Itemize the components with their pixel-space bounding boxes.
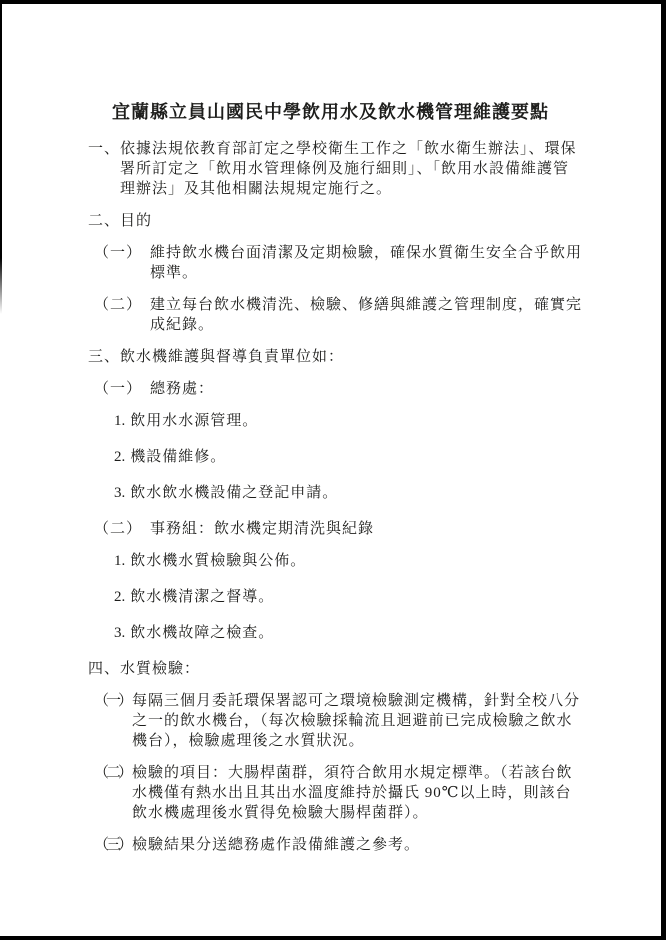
paragraph-marker: （二） — [94, 297, 142, 313]
paragraph-text: 水機僅有熱水出且其出水溫度維持於攝氏 90℃以上時，則該台 — [132, 785, 572, 801]
paragraph-line: 機台），檢驗處理後之水質狀況。 — [94, 731, 621, 751]
paragraph-text: 之一的飲水機台，（每次檢驗採輪流且迴避前已完成檢驗之飲水 — [132, 713, 573, 729]
paragraph-text: 依據法規依教育部訂定之學校衛生工作之「飲水衛生辦法」、環保 — [120, 141, 577, 157]
paragraph-text: 飲水飲水機設備之登記申請。 — [130, 485, 338, 501]
paragraph-text: 飲水機故障之檢查。 — [130, 625, 274, 641]
paragraph-line: 成紀錄。 — [94, 315, 621, 335]
paragraph-marker: （三） — [94, 837, 130, 853]
paragraph: 二、目的 — [88, 211, 621, 231]
paragraph-marker: （一） — [94, 693, 130, 709]
paragraph-text: 署所訂定之「飲用水管理條例及施行細則」、「飲用水設備維護管 — [120, 161, 569, 177]
paragraph-line: 飲水機處理後水質得免檢驗大腸桿菌群）。 — [94, 803, 621, 823]
document-page: 宜蘭縣立員山國民中學飲用水及飲水機管理維護要點 一、依據法規依教育部訂定之學校衛… — [0, 4, 661, 936]
paragraph-line: （二）檢驗的項目：大腸桿菌群，須符合飲用水規定標準。（若該台飲 — [94, 763, 621, 783]
paragraph-marker: （一） — [94, 245, 142, 261]
paragraph-marker: 2. — [114, 589, 125, 605]
paragraph-line: 水機僅有熱水出且其出水溫度維持於攝氏 90℃以上時，則該台 — [94, 783, 621, 803]
paragraph-line: 1.飲水機水質檢驗與公佈。 — [114, 551, 621, 571]
paragraph-text: 飲水機清潔之督導。 — [130, 589, 274, 605]
paragraph-text: 檢驗的項目：大腸桿菌群，須符合飲用水規定標準。（若該台飲 — [132, 765, 573, 781]
paragraph-marker: 1. — [114, 413, 125, 429]
paragraph-text: 目的 — [120, 213, 152, 229]
paragraph-text: 理辦法」及其他相關法規規定施行之。 — [120, 181, 392, 197]
paragraph: 四、水質檢驗： — [88, 659, 621, 679]
paragraph-text: 飲水機水質檢驗與公佈。 — [130, 553, 306, 569]
paragraph-text: 事務組：飲水機定期清洗與紀錄 — [150, 521, 374, 537]
paragraph-line: （三）檢驗結果分送總務處作設備維護之參考。 — [94, 835, 621, 855]
paragraph: 2.機設備維修。 — [114, 447, 621, 467]
paragraph: （二）事務組：飲水機定期清洗與紀錄 — [94, 519, 621, 539]
paragraph: （二）檢驗的項目：大腸桿菌群，須符合飲用水規定標準。（若該台飲水機僅有熱水出且其… — [94, 763, 621, 823]
paragraph-marker: （二） — [94, 521, 142, 537]
paragraph-text: 維持飲水機台面清潔及定期檢驗，確保水質衛生安全合乎飲用 — [150, 245, 582, 261]
paragraph-marker: 一、 — [88, 141, 120, 157]
paragraph-text: 飲水機維護與督導負責單位如： — [120, 349, 344, 365]
paragraph-line: （二）建立每台飲水機清洗、檢驗、修繕與維護之管理制度，確實完 — [94, 295, 621, 315]
paragraph-marker: 3. — [114, 485, 125, 501]
paragraph-line: 2.飲水機清潔之督導。 — [114, 587, 621, 607]
paragraph: （一）總務處： — [94, 379, 621, 399]
scan-edge-artifact — [0, 4, 2, 314]
paragraph-text: 標準。 — [150, 265, 198, 281]
paragraph-line: （一）每隔三個月委託環保署認可之環境檢驗測定機構，針對全校八分 — [94, 691, 621, 711]
document-body: 一、依據法規依教育部訂定之學校衛生工作之「飲水衛生辦法」、環保署所訂定之「飲用水… — [0, 139, 661, 855]
paragraph-line: 1.飲用水水源管理。 — [114, 411, 621, 431]
paragraph-text: 檢驗結果分送總務處作設備維護之參考。 — [132, 837, 420, 853]
paragraph-marker: 2. — [114, 449, 125, 465]
paragraph-text: 建立每台飲水機清洗、檢驗、修繕與維護之管理制度，確實完 — [150, 297, 582, 313]
paragraph: （一）維持飲水機台面清潔及定期檢驗，確保水質衛生安全合乎飲用標準。 — [94, 243, 621, 283]
paragraph-line: 之一的飲水機台，（每次檢驗採輪流且迴避前已完成檢驗之飲水 — [94, 711, 621, 731]
document-title: 宜蘭縣立員山國民中學飲用水及飲水機管理維護要點 — [0, 100, 661, 124]
paragraph-marker: 1. — [114, 553, 125, 569]
paragraph-line: 三、飲水機維護與督導負責單位如： — [88, 347, 621, 367]
paragraph-line: 二、目的 — [88, 211, 621, 231]
paragraph: （二）建立每台飲水機清洗、檢驗、修繕與維護之管理制度，確實完成紀錄。 — [94, 295, 621, 335]
paragraph: 3.飲水飲水機設備之登記申請。 — [114, 483, 621, 503]
paragraph-line: 署所訂定之「飲用水管理條例及施行細則」、「飲用水設備維護管 — [88, 159, 621, 179]
paragraph-text: 成紀錄。 — [150, 317, 214, 333]
paragraph: （三）檢驗結果分送總務處作設備維護之參考。 — [94, 835, 621, 855]
paragraph-line: 3.飲水機故障之檢查。 — [114, 623, 621, 643]
paragraph-line: （一）總務處： — [94, 379, 621, 399]
paragraph-line: （二）事務組：飲水機定期清洗與紀錄 — [94, 519, 621, 539]
paragraph: 1.飲水機水質檢驗與公佈。 — [114, 551, 621, 571]
paragraph: 2.飲水機清潔之督導。 — [114, 587, 621, 607]
paragraph: 一、依據法規依教育部訂定之學校衛生工作之「飲水衛生辦法」、環保署所訂定之「飲用水… — [88, 139, 621, 199]
paragraph-line: 四、水質檢驗： — [88, 659, 621, 679]
paragraph-marker: 3. — [114, 625, 125, 641]
paragraph: 1.飲用水水源管理。 — [114, 411, 621, 431]
paragraph: 3.飲水機故障之檢查。 — [114, 623, 621, 643]
paragraph-marker: （一） — [94, 381, 142, 397]
paragraph-marker: （二） — [94, 765, 130, 781]
paragraph-marker: 三、 — [88, 349, 120, 365]
paragraph-marker: 二、 — [88, 213, 120, 229]
paragraph-line: 理辦法」及其他相關法規規定施行之。 — [88, 179, 621, 199]
paragraph-marker: 四、 — [88, 661, 120, 677]
paragraph: （一）每隔三個月委託環保署認可之環境檢驗測定機構，針對全校八分之一的飲水機台，（… — [94, 691, 621, 751]
paragraph-line: 3.飲水飲水機設備之登記申請。 — [114, 483, 621, 503]
paragraph-line: 2.機設備維修。 — [114, 447, 621, 467]
paragraph-text: 總務處： — [150, 381, 214, 397]
paragraph-text: 水質檢驗： — [120, 661, 200, 677]
paragraph-text: 機設備維修。 — [130, 449, 226, 465]
paragraph-text: 機台），檢驗處理後之水質狀況。 — [132, 733, 365, 749]
paragraph: 三、飲水機維護與督導負責單位如： — [88, 347, 621, 367]
paragraph-line: 一、依據法規依教育部訂定之學校衛生工作之「飲水衛生辦法」、環保 — [88, 139, 621, 159]
paragraph-line: （一）維持飲水機台面清潔及定期檢驗，確保水質衛生安全合乎飲用 — [94, 243, 621, 263]
paragraph-line: 標準。 — [94, 263, 621, 283]
paragraph-text: 每隔三個月委託環保署認可之環境檢驗測定機構，針對全校八分 — [132, 693, 580, 709]
paragraph-text: 飲水機處理後水質得免檢驗大腸桿菌群）。 — [132, 805, 429, 821]
paragraph-text: 飲用水水源管理。 — [130, 413, 258, 429]
